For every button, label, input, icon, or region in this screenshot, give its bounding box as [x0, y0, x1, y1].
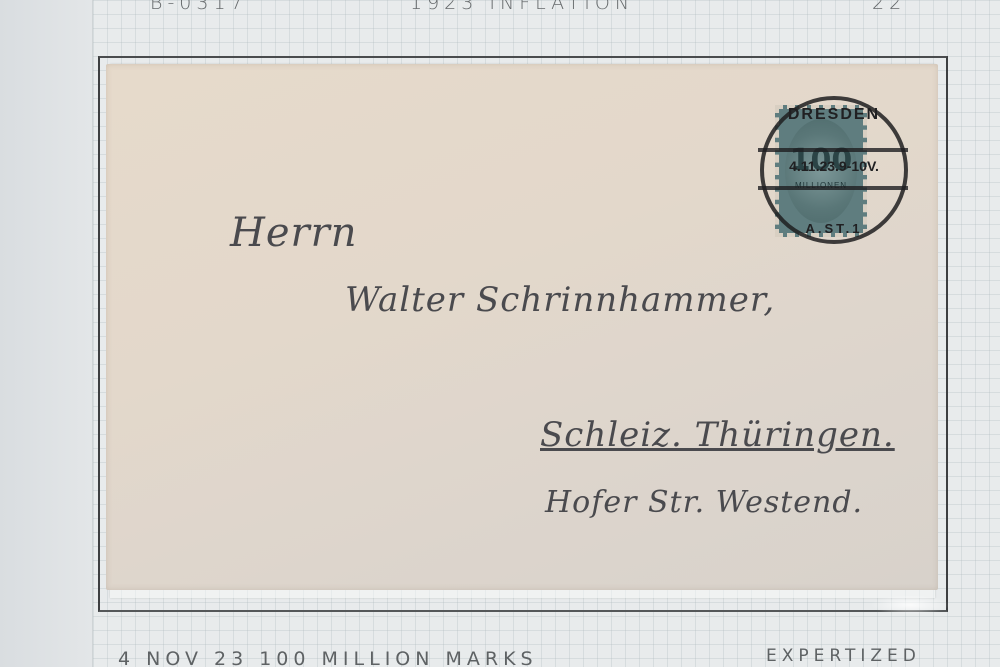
footer-note: EXPERTIZED: [766, 646, 921, 666]
sleeve-glare: [870, 595, 950, 615]
address-line-2: Walter Schrinnhammer,: [345, 280, 775, 320]
address-line-3: Schleiz. Thüringen.: [540, 415, 895, 455]
header-catalog-number: B-0317: [150, 0, 248, 14]
postmark-office: A.ST.1: [764, 221, 904, 236]
postmark-cancel: DRESDEN 4.11.23.9-10V. A.ST.1: [760, 96, 908, 244]
postmark-date: 4.11.23.9-10V.: [764, 158, 904, 174]
address-line-4: Hofer Str. Westend.: [545, 485, 863, 520]
header-title: 1923 INFLATION: [410, 0, 634, 14]
postmark-bar-top: [758, 148, 908, 152]
postmark-city: DRESDEN: [764, 106, 904, 124]
album-left-edge: [0, 0, 92, 667]
address-line-1: Herrn: [230, 210, 358, 256]
header-page-number: 22: [872, 0, 906, 14]
postmark-bar-bottom: [758, 186, 908, 190]
footer-description: 4 NOV 23 100 MILLION MARKS: [118, 648, 538, 667]
